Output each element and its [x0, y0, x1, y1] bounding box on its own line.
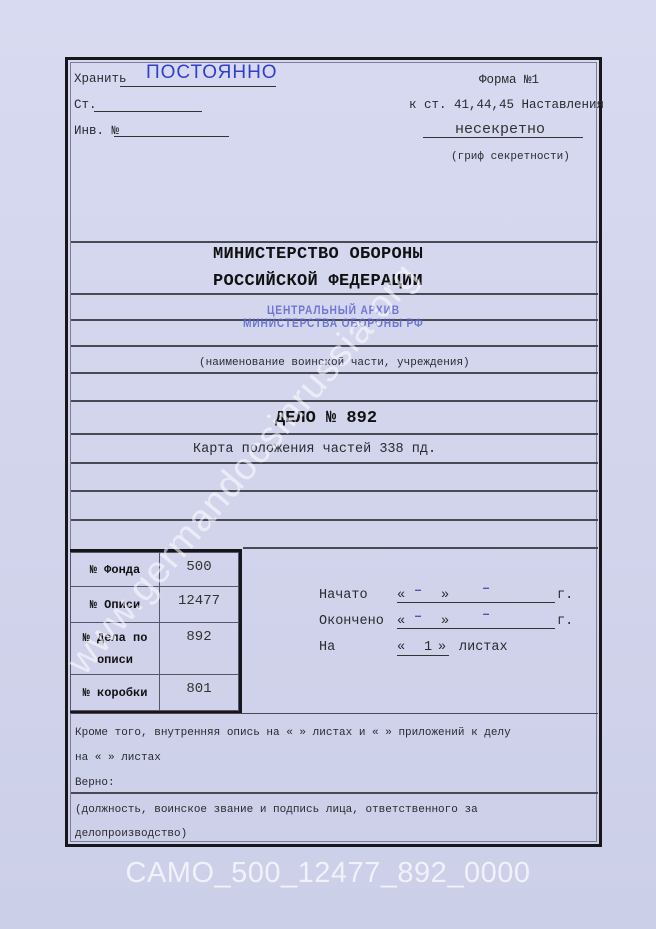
rule-line	[71, 372, 598, 374]
rule-line	[71, 490, 598, 492]
sheets-suffix: листах	[459, 640, 508, 655]
articles-reference: к ст. 41,44,45 Наставления	[409, 98, 604, 112]
responsible-line1: (должность, воинское звание и подпись ли…	[75, 804, 478, 816]
image-code-watermark: CAMO_500_12477_892_0000	[0, 857, 656, 890]
inventory-line: Кроме того, внутренняя опись на « » лист…	[75, 727, 511, 739]
org-name-line1: МИНИСТЕРСТВО ОБОРОНЫ	[213, 245, 423, 264]
case-title: ДЕЛО № 892	[275, 409, 377, 428]
rule-line	[71, 462, 598, 464]
rule-line	[71, 792, 598, 794]
started-underline	[397, 602, 555, 603]
rule-line	[71, 713, 598, 714]
case-number-label-line1: № Дела по	[71, 627, 159, 649]
case-number-label: № Дела по описи	[71, 623, 160, 675]
started-quote-close: »	[441, 588, 449, 603]
archive-stamp-line1: ЦЕНТРАЛЬНЫЙ АРХИВ	[267, 303, 400, 317]
ended-day: –	[414, 610, 422, 625]
archive-stamp-line2: МИНИСТЕРСТВА ОБОРОНЫ РФ	[243, 316, 424, 330]
rule-line	[71, 345, 598, 347]
box-value: 801	[160, 675, 239, 711]
box-label: № коробки	[71, 675, 160, 711]
case-number-value: 892	[160, 623, 239, 675]
sheets-quote-open: «	[397, 640, 405, 655]
ended-underline	[397, 628, 555, 629]
verified-label: Верно:	[75, 777, 115, 789]
responsible-line2: делопроизводство)	[75, 828, 187, 840]
sheets-line: на « » листах	[75, 752, 161, 764]
keep-underline	[120, 86, 276, 87]
fund-label: № Фонда	[71, 553, 160, 587]
case-number-label-line2: описи	[71, 649, 159, 671]
ended-quote-close: »	[441, 614, 449, 629]
rule-line	[71, 433, 598, 435]
rule-line	[71, 241, 598, 243]
keep-value-stamp: ПОСТОЯННО	[146, 62, 278, 84]
started-month: –	[482, 582, 490, 597]
rule-line	[243, 547, 598, 549]
fund-value: 500	[160, 553, 239, 587]
fund-table: № Фонда 500 № Описи 12477 № Дела по опис…	[70, 549, 242, 713]
sheets-label: На	[319, 640, 335, 655]
case-description: Карта положения частей 338 пд.	[193, 442, 436, 457]
inv-underline	[114, 136, 229, 137]
inventory-label: № Описи	[71, 587, 160, 623]
ended-month: –	[482, 608, 490, 623]
rule-line	[71, 293, 598, 295]
sheets-underline	[397, 655, 449, 656]
secrecy-value: несекретно	[455, 121, 545, 138]
st-label: Ст.	[74, 98, 97, 112]
rule-line	[71, 519, 598, 521]
started-year-suffix: г.	[557, 588, 573, 603]
started-quote-open: «	[397, 588, 405, 603]
sheets-quote-close: »	[438, 640, 446, 655]
started-day: –	[414, 584, 422, 599]
sheets-value: 1	[424, 640, 432, 655]
rule-line	[71, 400, 598, 402]
secrecy-caption: (гриф секретности)	[451, 151, 570, 163]
ended-quote-open: «	[397, 614, 405, 629]
keep-label: Хранить	[74, 72, 127, 86]
st-underline	[94, 111, 202, 112]
org-caption: (наименование воинской части, учреждения…	[199, 357, 470, 369]
ended-year-suffix: г.	[557, 614, 573, 629]
inv-label: Инв. №	[74, 124, 119, 138]
form-number: Форма №1	[479, 73, 539, 87]
ended-label: Окончено	[319, 614, 384, 629]
started-label: Начато	[319, 588, 368, 603]
secrecy-underline	[423, 137, 583, 138]
inventory-value: 12477	[160, 587, 239, 623]
org-name-line2: РОССИЙСКОЙ ФЕДЕРАЦИИ	[213, 272, 423, 291]
